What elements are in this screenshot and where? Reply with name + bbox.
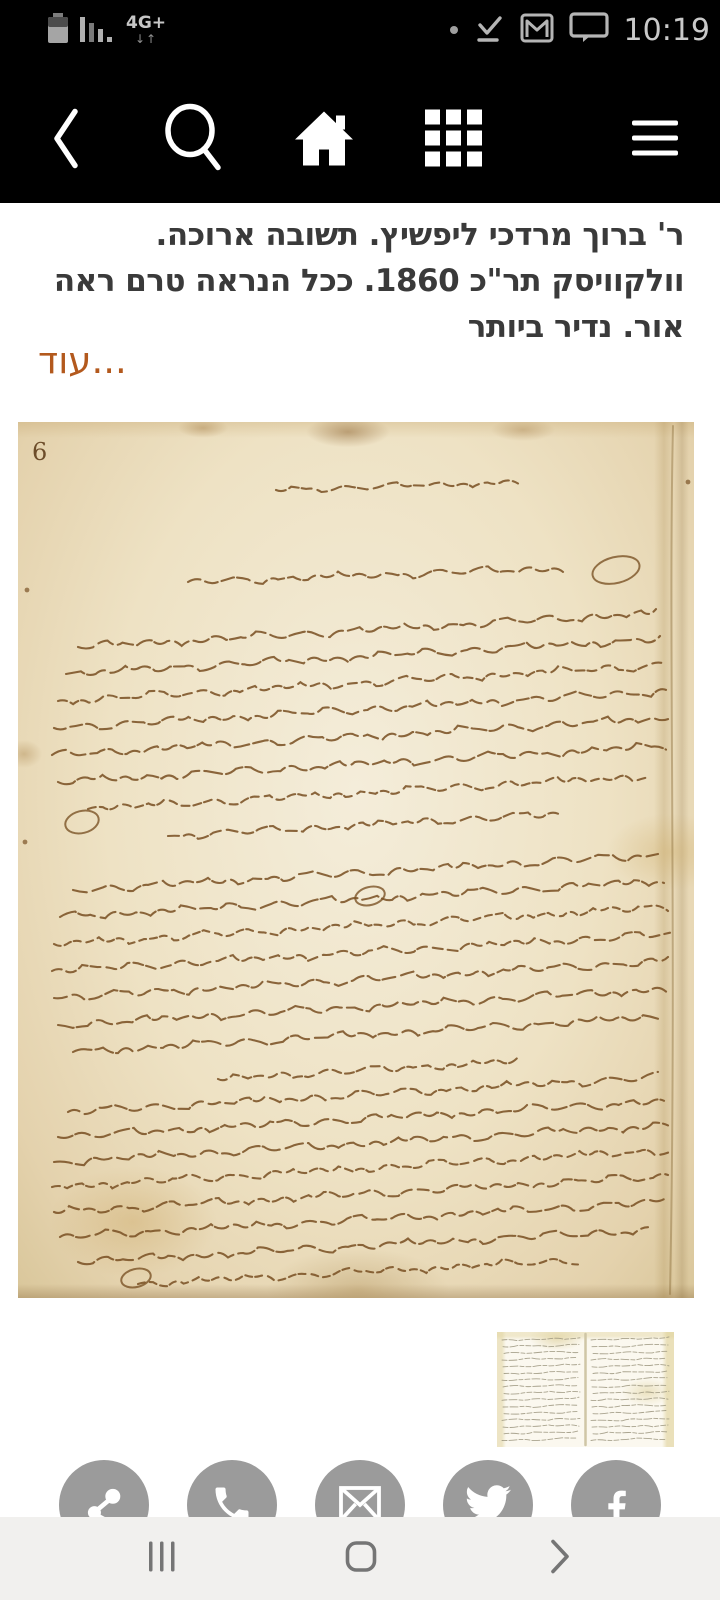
app-bar	[0, 60, 720, 203]
hamburger-menu-icon	[632, 147, 680, 162]
gmail-icon	[520, 13, 554, 47]
more-link[interactable]: עוד...	[38, 342, 127, 379]
chat-icon	[569, 12, 609, 48]
recent-apps-icon	[149, 1561, 175, 1576]
manuscript-page-number: 6	[32, 438, 47, 466]
data-activity-arrows: ↓↑	[135, 33, 157, 45]
thumbnail-handwriting	[497, 1332, 674, 1447]
recent-apps-button[interactable]	[141, 1533, 183, 1584]
listing-title-line: וולקוויסק תר"כ 1860. ככל הנראה טרם ראה	[10, 258, 684, 304]
clock: 10:19	[624, 13, 710, 48]
home-button[interactable]	[285, 102, 363, 179]
android-back-button[interactable]	[541, 1531, 579, 1586]
download-complete-icon	[473, 12, 505, 48]
android-home-button[interactable]	[337, 1533, 385, 1584]
home-outline-icon	[345, 1561, 377, 1576]
listing-title-line: ר' ברוך מרדכי ליפשיץ. תשובה ארוכה.	[10, 212, 684, 258]
home-icon	[291, 158, 357, 173]
status-right-cluster: 10:19	[450, 12, 720, 48]
network-type-indicator: 4G+ ↓↑	[126, 15, 166, 45]
back-chevron-icon	[51, 158, 81, 173]
menu-button[interactable]	[626, 113, 686, 168]
apps-button[interactable]	[419, 104, 489, 177]
listing-title: ר' ברוך מרדכי ליפשיץ. תשובה ארוכה. וולקו…	[10, 212, 684, 350]
status-bar: 4G+ ↓↑	[0, 0, 720, 60]
notification-dot	[450, 26, 458, 34]
manuscript-handwriting	[18, 422, 694, 1298]
back-button[interactable]	[45, 102, 87, 179]
status-left-cluster: 4G+ ↓↑	[0, 11, 166, 49]
battery-icon	[46, 11, 70, 49]
android-navigation-bar	[0, 1517, 720, 1600]
listing-main-image[interactable]: 6	[18, 422, 694, 1298]
search-icon	[162, 162, 228, 177]
phone-screen: 4G+ ↓↑	[0, 0, 720, 1600]
back-arrow-icon	[549, 1563, 571, 1578]
apps-grid-icon	[425, 156, 483, 171]
listing-thumbnail-image[interactable]	[497, 1332, 674, 1447]
search-button[interactable]	[156, 98, 234, 183]
signal-strength-icon	[80, 14, 114, 46]
network-type-label: 4G+	[126, 15, 166, 32]
